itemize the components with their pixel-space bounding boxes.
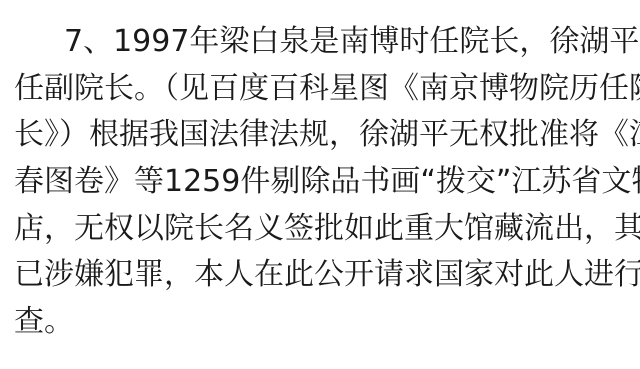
document-body: 7、1997年梁白泉是南博时任院长，徐湖平是时 任副院长。（见百度百科星图《南京… bbox=[14, 19, 634, 346]
text-line: 7、1997年梁白泉是南博时任院长，徐湖平是时 bbox=[14, 19, 634, 66]
text-line: 已涉嫌犯罪，本人在此公开请求国家对此人进行调 bbox=[14, 252, 634, 299]
text-line: 查。 bbox=[14, 299, 634, 346]
paragraph-item-7: 7、1997年梁白泉是南博时任院长，徐湖平是时 任副院长。（见百度百科星图《南京… bbox=[14, 19, 634, 346]
text-line: 春图卷》等1259件剔除品书画“拨交”江苏省文物商 bbox=[14, 159, 634, 206]
text-line: 任副院长。（见百度百科星图《南京博物院历任院 bbox=[14, 66, 634, 113]
text-line: 店，无权以院长名义签批如此重大馆藏流出，其行为 bbox=[14, 206, 634, 253]
text-line: 长》）根据我国法律法规，徐湖平无权批准将《江南 bbox=[14, 112, 634, 159]
